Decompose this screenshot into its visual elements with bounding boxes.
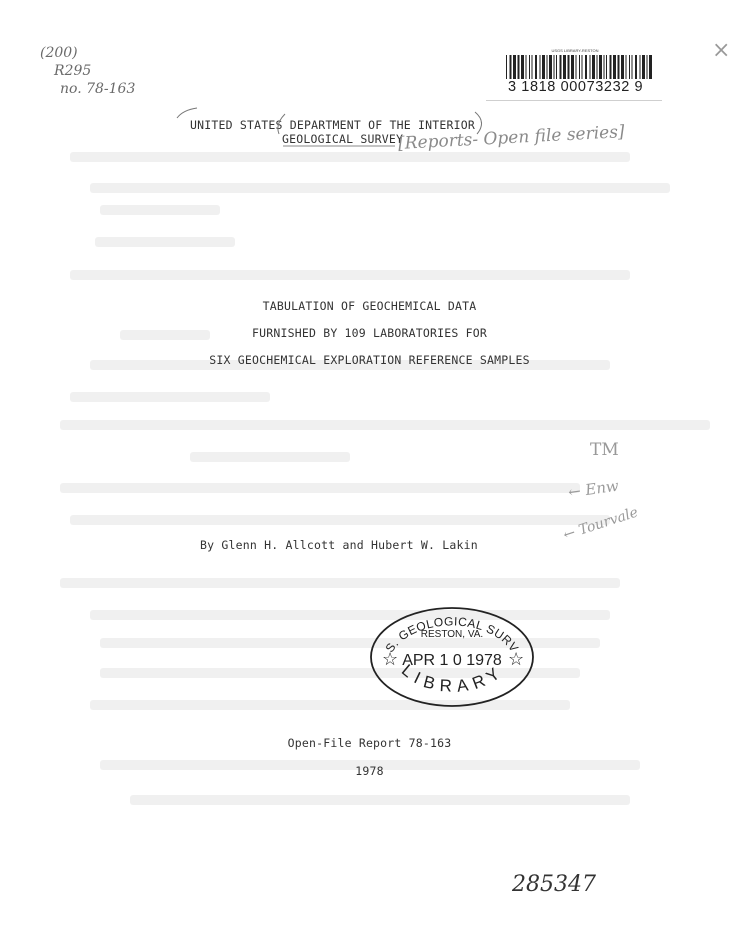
arrow-note-1: ← Enw [567,477,620,502]
title-line-3: SIX GEOCHEMICAL EXPLORATION REFERENCE SA… [0,353,739,367]
barcode-icon [506,55,652,79]
title-line-2: FURNISHED BY 109 LABORATORIES FOR [0,326,739,340]
svg-text:☆: ☆ [508,649,524,669]
initials-note: TM [590,440,619,460]
title-line-1: TABULATION OF GEOCHEMICAL DATA [0,299,739,313]
report-series: Open-File Report 78-163 [0,736,739,750]
barcode-library-label: USGS LIBRARY-RESTON [520,48,630,53]
svg-text:RESTON, VA.: RESTON, VA. [421,629,483,640]
library-received-stamp: U. S. GEOLOGICAL SURVEY RESTON, VA. ☆ ☆ … [368,605,536,709]
barcode-number: 3 1818 00073232 9 [508,79,643,95]
report-year: 1978 [0,764,739,778]
authors-line: By Glenn H. Allcott and Hubert W. Lakin [200,538,478,552]
arrow-note-2: ← Tourvale [561,504,640,543]
call-number-line: R295 [40,62,135,80]
svg-text:☆: ☆ [382,649,398,669]
accession-number: 285347 [512,872,596,897]
call-number-note: (200) R295 no. 78-163 [40,44,135,98]
call-number-line: no. 78-163 [40,80,135,98]
call-number-line: (200) [40,44,135,62]
corner-mark: × [712,38,730,63]
